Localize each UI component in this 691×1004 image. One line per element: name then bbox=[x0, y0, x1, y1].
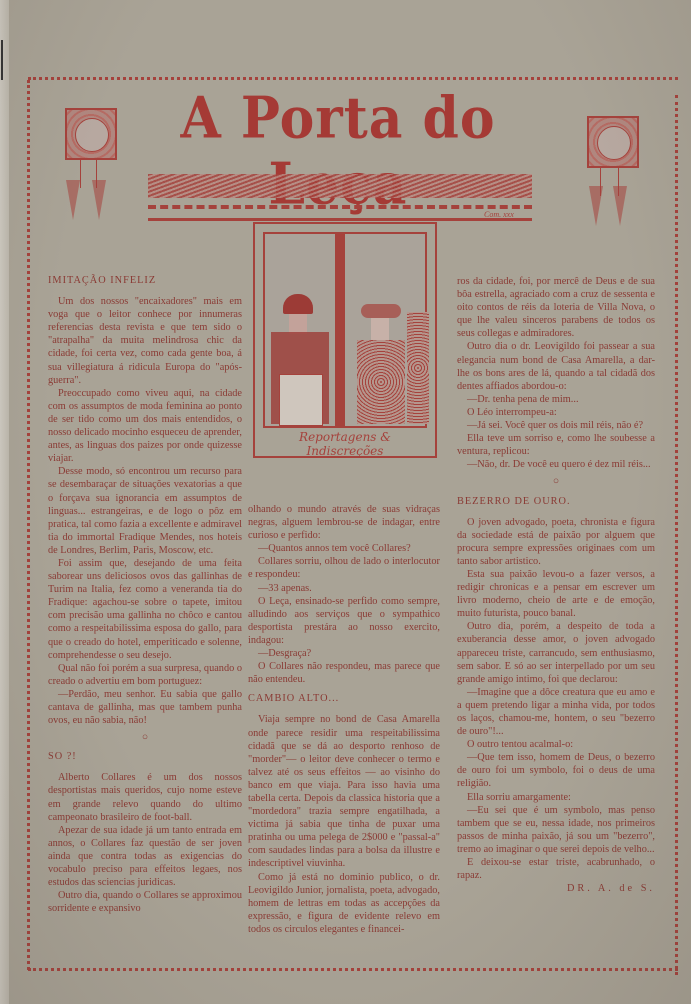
paragraph: Outro dia, porém, a despeito de toda a e… bbox=[457, 620, 655, 685]
binding-mark bbox=[1, 40, 9, 80]
paragraph: —33 apenas. bbox=[248, 582, 440, 595]
paragraph: O outro tentou acalmal-o: bbox=[457, 738, 655, 751]
paragraph: Qual não foi porém a sua surpresa, quand… bbox=[48, 662, 242, 688]
paragraph: O Leça, ensinado-se perfido como sempre,… bbox=[248, 595, 440, 647]
tram-pole bbox=[335, 234, 345, 426]
text-column-1: IMITAÇÃO INFELIZUm dos nossos "encaixado… bbox=[48, 268, 242, 915]
paragraph: —Eu sei que é um symbolo, mas penso tamb… bbox=[457, 804, 655, 856]
paragraph: Desse modo, só encontrou um recurso para… bbox=[48, 465, 242, 557]
paragraph: Ella sorriu amargamente: bbox=[457, 791, 655, 804]
pendant-triangle-left-icon bbox=[66, 180, 80, 220]
paragraph: Alberto Collares é um dos nossos desport… bbox=[48, 771, 242, 823]
newspaper-icon bbox=[279, 374, 323, 426]
section-separator: ○ bbox=[48, 731, 242, 744]
paragraph: Apezar de sua idade já um tanto entrada … bbox=[48, 824, 242, 889]
paragraph: Preoccupado como viveu aqui, na cidade c… bbox=[48, 387, 242, 466]
masthead-rule bbox=[148, 218, 532, 221]
paragraph: O joven advogado, poeta, chronista e fig… bbox=[457, 516, 655, 568]
paragraph: Foi assim que, desejando de uma feita sa… bbox=[48, 557, 242, 662]
paragraph: —Não, dr. De você eu quero é dez mil réi… bbox=[457, 458, 655, 471]
paragraph: Um dos nossos "encaixadores" mais em vog… bbox=[48, 295, 242, 387]
tram-window-illustration bbox=[263, 232, 427, 428]
paragraph: Outro dia, quando o Collares se approxim… bbox=[48, 889, 242, 915]
pendant-line-left bbox=[80, 158, 81, 188]
illustration-frame: Reportagens & Indiscreções bbox=[253, 222, 437, 458]
author-signature: DR. A. de S. bbox=[457, 882, 655, 895]
paragraph: Como já está no dominio publico, o dr. L… bbox=[248, 871, 440, 936]
paragraph: —Perdão, meu senhor. Eu sabia que gallo … bbox=[48, 688, 242, 727]
pendant-triangle-left-icon bbox=[92, 180, 106, 220]
masthead-title: A Porta do Leça bbox=[148, 86, 528, 218]
book-binding-edge bbox=[0, 0, 9, 1004]
paragraph: Outro dia o dr. Leovigildo foi passear a… bbox=[457, 340, 655, 392]
paragraph: Collares sorriu, olhou de lado o interlo… bbox=[248, 555, 440, 581]
paragraph: —Dr. tenha pena de mim... bbox=[457, 393, 655, 406]
third-passenger bbox=[407, 312, 429, 424]
paragraph: —Já sei. Você quer os dois mil réis, não… bbox=[457, 419, 655, 432]
paragraph: Ella teve um sorriso e, como lhe soubess… bbox=[457, 432, 655, 458]
pendant-triangle-right-icon bbox=[589, 186, 603, 226]
paragraph: Esta sua paixão levou-o a fazer versos, … bbox=[457, 568, 655, 620]
paragraph: E deixou-se estar triste, acabrunhado, o… bbox=[457, 856, 655, 882]
section-heading: SO ?! bbox=[48, 750, 242, 763]
paragraph: Viaja sempre no bond de Casa Amarella on… bbox=[248, 713, 440, 870]
section-heading: CAMBIO ALTO... bbox=[248, 692, 440, 705]
illustration-caption: Reportagens & Indiscreções bbox=[259, 430, 431, 458]
pendant-triangle-right-icon bbox=[613, 186, 627, 226]
paragraph: —Que tem isso, homem de Deus, o bezerro … bbox=[457, 751, 655, 790]
dotted-border-left bbox=[27, 80, 30, 970]
rosette-ornament-left-icon bbox=[65, 108, 117, 160]
paragraph: —Quantos annos tem você Collares? bbox=[248, 542, 440, 555]
bearded-man-reading-newspaper bbox=[269, 294, 329, 424]
section-heading: BEZERRO DE OURO. bbox=[457, 495, 655, 508]
dash-dot-rule bbox=[148, 205, 532, 209]
woman-in-hat bbox=[357, 304, 405, 424]
paragraph: —Imagine que a dôce creatura que eu amo … bbox=[457, 686, 655, 738]
paragraph: ros da cidade, foi, por mercê de Deus e … bbox=[457, 275, 655, 340]
text-column-3: ros da cidade, foi, por mercê de Deus e … bbox=[457, 275, 655, 895]
paragraph: —Desgraça? bbox=[248, 647, 440, 660]
section-separator: ○ bbox=[457, 475, 655, 488]
section-heading: IMITAÇÃO INFELIZ bbox=[48, 274, 242, 287]
paragraph: O Collares não respondeu, mas parece que… bbox=[248, 660, 440, 686]
paragraph: O Léo interrompeu-a: bbox=[457, 406, 655, 419]
dotted-border-top bbox=[28, 77, 678, 80]
dotted-border-right bbox=[675, 95, 678, 975]
text-column-2: olhando o mundo através de suas vidraças… bbox=[248, 503, 440, 936]
rosette-ornament-right-icon bbox=[587, 116, 639, 168]
paragraph: olhando o mundo através de suas vidraças… bbox=[248, 503, 440, 542]
dotted-border-bottom bbox=[28, 968, 678, 971]
wave-ornament-band bbox=[148, 174, 532, 198]
